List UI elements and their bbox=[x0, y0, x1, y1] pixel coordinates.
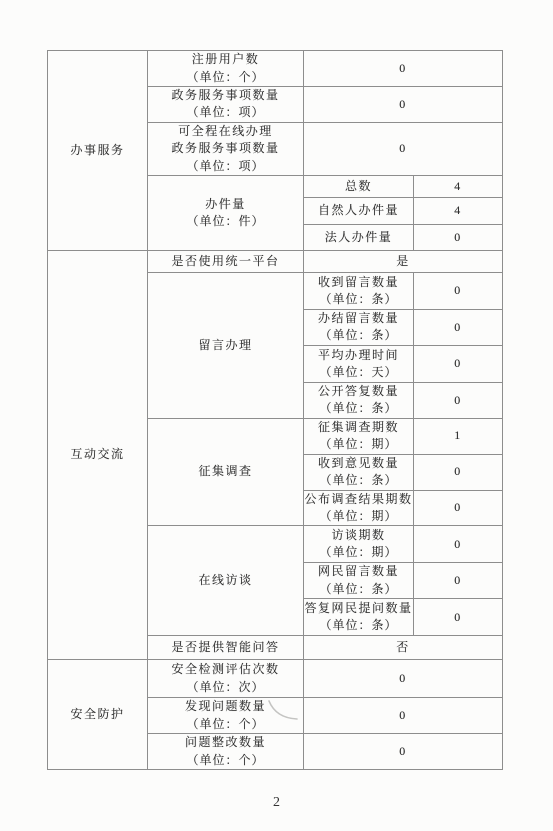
sub-item-label: 总数 bbox=[304, 175, 414, 197]
item-label: 安全检测评估次数 bbox=[148, 661, 303, 678]
value-cell: 1 bbox=[414, 418, 503, 454]
unit-label: （单位：条） bbox=[304, 327, 413, 344]
unit-label: （单位：条） bbox=[304, 581, 413, 598]
item-label-cell: 问题整改数量 （单位：个） bbox=[148, 734, 304, 770]
value-cell: 0 bbox=[414, 345, 503, 382]
sub-item-label: 公开答复数量 bbox=[304, 383, 413, 400]
value-cell: 0 bbox=[414, 224, 503, 250]
value-cell: 0 bbox=[304, 734, 503, 770]
value-cell: 4 bbox=[414, 175, 503, 197]
sub-item-label-cell: 收到意见数量 （单位：条） bbox=[304, 454, 414, 490]
unit-label: （单位：项） bbox=[148, 104, 303, 121]
item-label: 办件量 bbox=[148, 196, 303, 213]
value-cell: 0 bbox=[304, 122, 503, 175]
value-cell: 否 bbox=[304, 636, 503, 660]
category-cell: 互动交流 bbox=[48, 250, 148, 659]
value-cell: 0 bbox=[304, 87, 503, 123]
value-cell: 0 bbox=[304, 51, 503, 87]
unit-label: （单位：天） bbox=[304, 364, 413, 381]
sub-item-label: 平均办理时间 bbox=[304, 347, 413, 364]
sub-item-label-cell: 网民留言数量 （单位：条） bbox=[304, 563, 414, 599]
statistics-table: 办事服务 注册用户数 （单位：个） 0 政务服务事项数量 （单位：项） 0 可全… bbox=[47, 50, 503, 770]
item-label-line2: 政务服务事项数量 bbox=[148, 140, 303, 157]
item-label-cell: 政务服务事项数量 （单位：项） bbox=[148, 87, 304, 123]
item-label-cell: 办件量 （单位：件） bbox=[148, 175, 304, 250]
sub-item-label-cell: 访谈期数 （单位：期） bbox=[304, 526, 414, 563]
unit-label: （单位：条） bbox=[304, 617, 413, 634]
category-cell: 安全防护 bbox=[48, 660, 148, 770]
unit-label: （单位：条） bbox=[304, 400, 413, 417]
table-row: 互动交流 是否使用统一平台 是 bbox=[48, 250, 503, 272]
item-label-cell: 可全程在线办理 政务服务事项数量 （单位：项） bbox=[148, 122, 304, 175]
value-cell: 0 bbox=[414, 563, 503, 599]
sub-item-label: 网民留言数量 bbox=[304, 563, 413, 580]
value-cell: 0 bbox=[414, 272, 503, 309]
sub-item-label-cell: 答复网民提问数量 （单位：条） bbox=[304, 599, 414, 636]
value-cell: 0 bbox=[414, 599, 503, 636]
sub-item-label-cell: 收到留言数量 （单位：条） bbox=[304, 272, 414, 309]
item-label-cell: 留言办理 bbox=[148, 272, 304, 418]
sub-item-label: 访谈期数 bbox=[304, 527, 413, 544]
item-label-cell: 注册用户数 （单位：个） bbox=[148, 51, 304, 87]
unit-label: （单位：期） bbox=[304, 436, 413, 453]
table-row: 安全防护 安全检测评估次数 （单位：次） 0 bbox=[48, 660, 503, 698]
unit-label: （单位：期） bbox=[304, 544, 413, 561]
sub-item-label: 办结留言数量 bbox=[304, 310, 413, 327]
item-label-cell: 是否使用统一平台 bbox=[148, 250, 304, 272]
item-label: 可全程在线办理 bbox=[148, 123, 303, 140]
sub-item-label: 答复网民提问数量 bbox=[304, 600, 413, 617]
value-cell: 0 bbox=[414, 382, 503, 418]
sub-item-label-cell: 平均办理时间 （单位：天） bbox=[304, 345, 414, 382]
sub-item-label: 公布调查结果期数 bbox=[304, 491, 413, 508]
unit-label: （单位：个） bbox=[148, 716, 303, 733]
value-cell: 0 bbox=[414, 526, 503, 563]
item-label-cell: 在线访谈 bbox=[148, 526, 304, 636]
item-label-cell: 安全检测评估次数 （单位：次） bbox=[148, 660, 304, 698]
item-label: 发现问题数量 bbox=[148, 698, 303, 715]
item-label: 问题整改数量 bbox=[148, 734, 303, 751]
table-row: 办事服务 注册用户数 （单位：个） 0 bbox=[48, 51, 503, 87]
page-number: 2 bbox=[0, 795, 553, 811]
item-label: 政务服务事项数量 bbox=[148, 87, 303, 104]
unit-label: （单位：项） bbox=[148, 158, 303, 175]
value-cell: 0 bbox=[414, 490, 503, 526]
unit-label: （单位：个） bbox=[148, 752, 303, 769]
value-cell: 4 bbox=[414, 197, 503, 224]
value-cell: 0 bbox=[304, 698, 503, 734]
unit-label: （单位：条） bbox=[304, 472, 413, 489]
value-cell: 0 bbox=[414, 454, 503, 490]
unit-label: （单位：次） bbox=[148, 679, 303, 696]
value-cell: 是 bbox=[304, 250, 503, 272]
unit-label: （单位：期） bbox=[304, 508, 413, 525]
unit-label: （单位：个） bbox=[148, 69, 303, 86]
sub-item-label: 自然人办件量 bbox=[304, 197, 414, 224]
unit-label: （单位：件） bbox=[148, 213, 303, 230]
item-label: 注册用户数 bbox=[148, 51, 303, 68]
value-cell: 0 bbox=[304, 660, 503, 698]
value-cell: 0 bbox=[414, 309, 503, 345]
sub-item-label: 征集调查期数 bbox=[304, 419, 413, 436]
category-cell: 办事服务 bbox=[48, 51, 148, 251]
scanned-report-page: 办事服务 注册用户数 （单位：个） 0 政务服务事项数量 （单位：项） 0 可全… bbox=[0, 0, 553, 831]
unit-label: （单位：条） bbox=[304, 291, 413, 308]
sub-item-label-cell: 公开答复数量 （单位：条） bbox=[304, 382, 414, 418]
sub-item-label: 法人办件量 bbox=[304, 224, 414, 250]
sub-item-label-cell: 公布调查结果期数 （单位：期） bbox=[304, 490, 414, 526]
sub-item-label-cell: 办结留言数量 （单位：条） bbox=[304, 309, 414, 345]
sub-item-label-cell: 征集调查期数 （单位：期） bbox=[304, 418, 414, 454]
item-label-cell: 是否提供智能问答 bbox=[148, 636, 304, 660]
item-label-cell: 征集调查 bbox=[148, 418, 304, 526]
item-label-cell: 发现问题数量 （单位：个） bbox=[148, 698, 304, 734]
sub-item-label: 收到意见数量 bbox=[304, 455, 413, 472]
sub-item-label: 收到留言数量 bbox=[304, 274, 413, 291]
